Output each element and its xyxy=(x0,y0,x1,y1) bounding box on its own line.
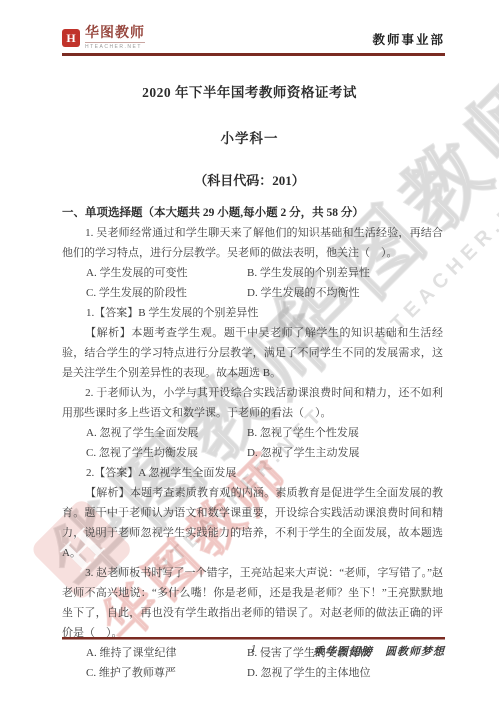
question-2-options-row-1: A. 忽视了学生全面发展 B. 忽视了学生个性发展 xyxy=(62,423,443,443)
question-2-answer: 2.【答案】A 忽视学生全面发展 xyxy=(62,463,443,483)
question-2-option-a: A. 忽视了学生全面发展 xyxy=(86,423,247,443)
huatu-logo: H 华图教师 HTEACHER.NET xyxy=(62,26,145,50)
question-2-option-b: B. 忽视了学生个性发展 xyxy=(247,423,359,443)
question-2-options-row-2: C. 忽视了学生均衡发展 D. 忽视了学生主动发展 xyxy=(62,443,443,463)
question-1-stem: 1. 吴老师经常通过和学生聊天来了解他们的知识基础和生活经验，再结合他们的学习特… xyxy=(62,223,443,263)
header: H 华图教师 HTEACHER.NET 教师事业部 xyxy=(0,0,499,56)
footer-slogan: 乘华图翅膀 圆教师梦想 xyxy=(313,643,445,659)
section-heading: 一、单项选择题（本大题共 29 小题,每小题 2 分，共 58 分） xyxy=(62,203,443,223)
question-2-analysis: 【解析】本题考查素质教育观的内涵。素质教育是促进学生全面发展的教育。题干中于老师… xyxy=(62,483,443,563)
exam-content: 一、单项选择题（本大题共 29 小题,每小题 2 分，共 58 分） 1. 吴老… xyxy=(0,203,499,683)
question-1-option-c: C. 学生发展的阶段性 xyxy=(86,283,247,303)
question-1-options-row-1: A. 学生发展的可变性 B. 学生发展的个别差异性 xyxy=(62,263,443,283)
question-2-option-c: C. 忽视了学生均衡发展 xyxy=(86,443,247,463)
question-2-stem: 2. 于老师认为，小学与其开设综合实践活动课浪费时间和精力，还不如利用那些课时多… xyxy=(62,383,443,423)
title-block: 2020 年下半年国考教师资格证考试 小学科一 （科目代码：201） xyxy=(0,81,499,189)
exam-title: 2020 年下半年国考教师资格证考试 xyxy=(0,81,499,101)
huatu-h-logo-icon: H xyxy=(62,29,80,47)
department-label: 教师事业部 xyxy=(372,30,445,50)
brand-website: HTEACHER.NET xyxy=(85,42,145,50)
exam-document-page: 华图教师 HTEACHER.NET 华图教师 HTEACHER.NET H 华图… xyxy=(0,0,499,706)
question-2-option-d: D. 忽视了学生主动发展 xyxy=(247,443,359,463)
question-1-options-row-2: C. 学生发展的阶段性 D. 学生发展的不均衡性 xyxy=(62,283,443,303)
header-divider xyxy=(62,53,445,56)
subject-title: 小学科一 xyxy=(0,127,499,147)
question-1-analysis: 【解析】本题考查学生观。题干中吴老师了解学生的知识基础和生活经验，结合学生的学习… xyxy=(62,323,443,383)
question-1-option-a: A. 学生发展的可变性 xyxy=(86,263,247,283)
question-1-answer: 1.【答案】B 学生发展的个别差异性 xyxy=(62,303,443,323)
footer: 1 乘华图翅膀 圆教师梦想 xyxy=(62,637,445,661)
question-3-options-row-2: C. 维护了教师尊严 D. 忽视了学生的主体地位 xyxy=(62,663,443,683)
brand-name: 华图教师 xyxy=(85,26,145,41)
question-3-option-d: D. 忽视了学生的主体地位 xyxy=(247,663,370,683)
question-3-stem: 3. 赵老师板书时写了一个错字，王亮站起来大声说：“老师，字写错了。”赵老师不高… xyxy=(62,563,443,643)
footer-divider xyxy=(62,637,445,640)
question-1-option-b: B. 学生发展的个别差异性 xyxy=(247,263,370,283)
question-3-option-c: C. 维护了教师尊严 xyxy=(86,663,247,683)
question-1-option-d: D. 学生发展的不均衡性 xyxy=(247,283,359,303)
subject-code: （科目代码：201） xyxy=(0,170,499,189)
